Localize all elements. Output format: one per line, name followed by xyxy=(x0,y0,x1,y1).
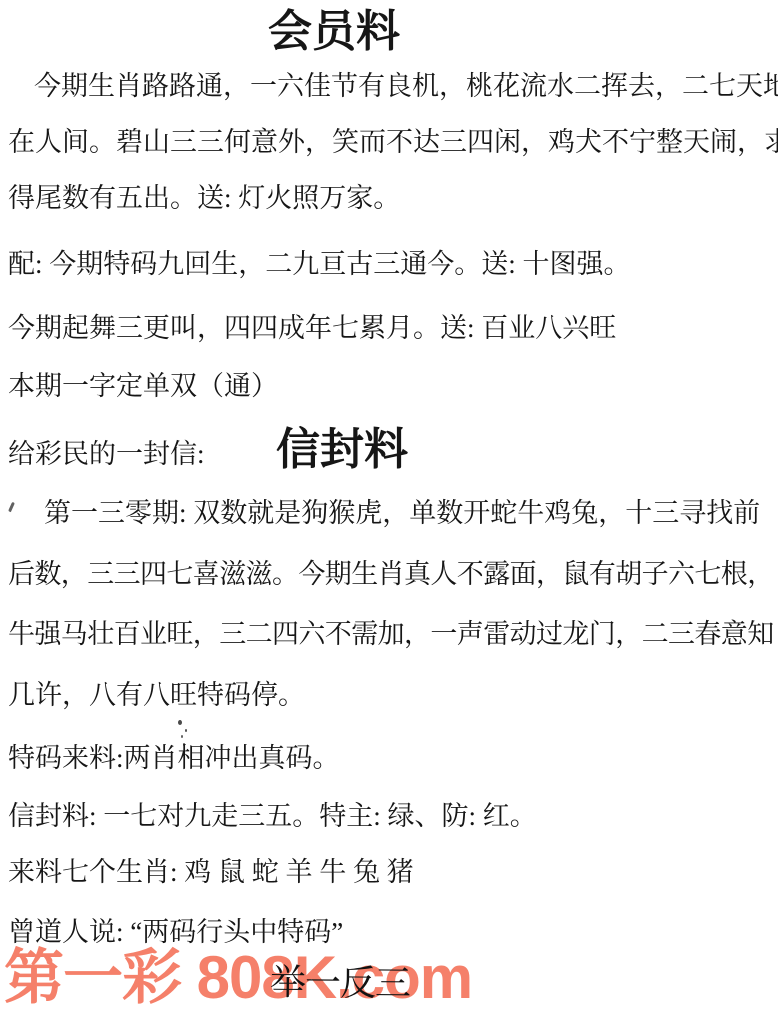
dance-tip-line: 今期起舞三更叫，四四成年七累月。送: 百业八兴旺 xyxy=(8,312,616,344)
scanned-document-page: 会员料 今期生肖路路通，一六佳节有良机，桃花流水二挥去，二七天地 在人间。碧山三… xyxy=(0,0,778,1024)
member-paragraph-line-1: 今期生肖路路通，一六佳节有良机，桃花流水二挥去，二七天地 xyxy=(34,70,778,102)
member-paragraph-line-3: 得尾数有五出。送: 灯火照万家。 xyxy=(8,182,400,214)
letter-intro-label: 给彩民的一封信: xyxy=(8,438,205,470)
envelope-section-title: 信封料 xyxy=(276,426,408,474)
envelope-paragraph-line-1: 第一三零期: 双数就是狗猴虎，单数开蛇牛鸡兔，十三寻找前 xyxy=(44,497,760,529)
envelope-paragraph-line-4: 几许，八有八旺特码停。 xyxy=(8,679,305,711)
tema-source-line: 特码来料:两肖相冲出真码。 xyxy=(8,742,340,774)
envelope-tip-line: 信封料: 一七对九走三五。特主: 绿、防: 红。 xyxy=(8,800,537,832)
calligraphy-overlay-text: 举一反三 xyxy=(270,963,410,1004)
pei-tip-line: 配: 今期特码九回生，二九亘古三通今。送: 十图强。 xyxy=(8,248,631,280)
ink-smudge xyxy=(178,720,182,725)
envelope-paragraph-line-2: 后数，三三四七喜滋滋。今期生肖真人不露面，鼠有胡子六七根， xyxy=(8,558,774,590)
member-paragraph-line-2: 在人间。碧山三三何意外，笑而不达三四闲，鸡犬不宁整天闹，求 xyxy=(8,126,778,158)
envelope-paragraph-line-3: 牛强马壮百业旺，三二四六不需加，一声雷动过龙门，二三春意知 xyxy=(8,618,774,650)
member-section-title: 会员料 xyxy=(0,8,668,56)
stray-ink-mark xyxy=(8,502,15,512)
zodiac-list-line: 来料七个生肖: 鸡 鼠 蛇 羊 牛 兔 猪 xyxy=(8,856,414,888)
danshuang-tip-line: 本期一字定单双（通） xyxy=(8,370,278,402)
